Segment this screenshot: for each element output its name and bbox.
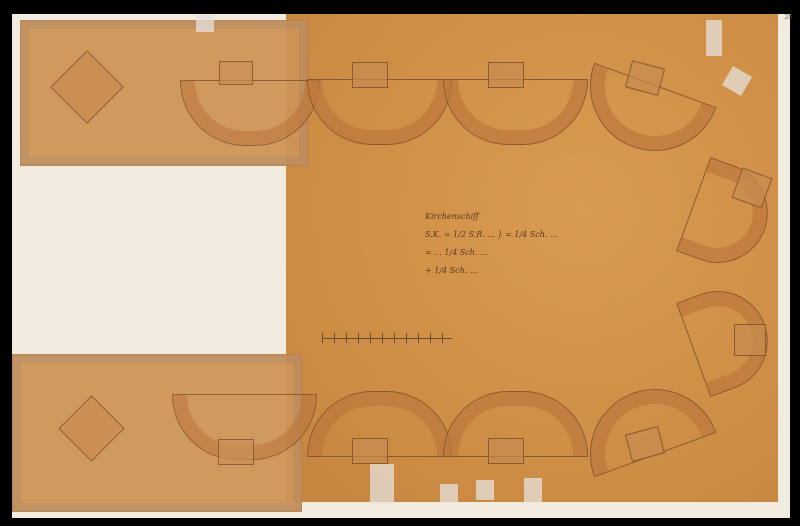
boss-piece: [352, 438, 388, 464]
handwritten-note: Kirchenschiff S.K. = 1/2 S.R. ... } = 1/…: [425, 208, 558, 280]
tape: [370, 464, 394, 504]
scale-bar: [322, 338, 452, 339]
tape: [440, 484, 458, 502]
boss-piece: [488, 62, 524, 88]
overlay-panel-top-left: [20, 20, 308, 166]
boss-piece: [219, 61, 253, 85]
corner-mark: 20: [784, 14, 792, 21]
boss-piece: [488, 438, 524, 464]
boss-piece: [218, 439, 254, 465]
tape: [476, 480, 494, 500]
boss-piece: [352, 62, 388, 88]
tape: [196, 14, 214, 32]
boss-piece: [734, 324, 766, 356]
tape: [524, 478, 542, 502]
tape: [706, 20, 722, 56]
overlay-panel-bottom-left: [12, 354, 302, 512]
